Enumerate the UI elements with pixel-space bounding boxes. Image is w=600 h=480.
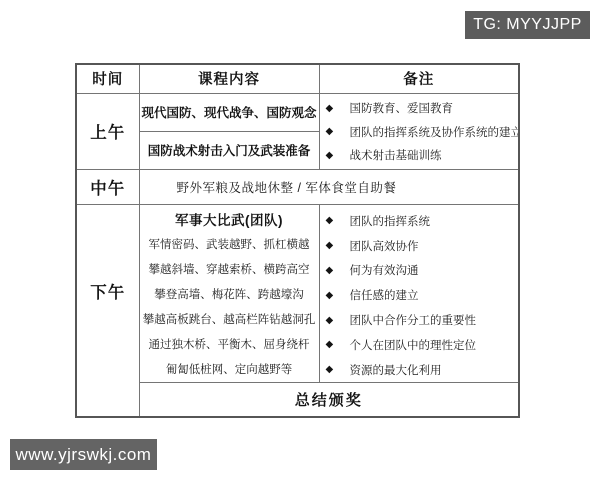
noon-row: 中午 野外军粮及战地休整 / 军体食堂自助餐: [76, 169, 519, 204]
diamond-bullet-icon: ◆: [326, 364, 337, 375]
note-text: 个人在团队中的理性定位: [350, 337, 477, 353]
note-item: ◆ 何为有效沟通: [320, 258, 519, 283]
morning-row-1: 上午 现代国防、现代战争、国防观念 ◆ 国防教育、爱国教育 ◆ 团队的指挥系统及…: [76, 93, 519, 131]
schedule-table: 时间 课程内容 备注 上午 现代国防、现代战争、国防观念 ◆ 国防教育、爱国教育…: [75, 63, 520, 418]
note-item: ◆ 资源的最大化利用: [320, 357, 519, 382]
afternoon-activity: 攀越高板跳台、越高栏阵钻越洞孔: [140, 307, 319, 332]
diamond-bullet-icon: ◆: [326, 315, 337, 326]
time-cell-afternoon: 下午: [76, 204, 139, 417]
note-item: ◆ 个人在团队中的理性定位: [320, 332, 519, 357]
note-item: ◆ 信任感的建立: [320, 283, 519, 308]
afternoon-activity: 匍匐低桩网、定向越野等: [140, 357, 319, 382]
afternoon-activity: 攀越斜墙、穿越索桥、横跨高空: [140, 257, 319, 282]
note-item: ◆ 战术射击基础训练: [320, 144, 519, 168]
notes-cell-afternoon: ◆ 团队的指挥系统 ◆ 团队高效协作 ◆ 何为有效沟通 ◆ 信任感的建立: [319, 204, 519, 383]
time-cell-morning: 上午: [76, 93, 139, 169]
note-text: 国防教育、爱国教育: [350, 100, 454, 116]
website-badge: www.yjrswkj.com: [10, 439, 157, 470]
diamond-bullet-icon: ◆: [326, 150, 337, 161]
note-text: 资源的最大化利用: [350, 362, 442, 378]
afternoon-activity: 军情密码、武装越野、抓杠横越: [140, 232, 319, 257]
note-text: 团队高效协作: [350, 238, 419, 254]
noon-content-cell: 野外军粮及战地休整 / 军体食堂自助餐: [139, 169, 519, 204]
closing-row: 总结颁奖: [76, 383, 519, 417]
page: TG: MYYJJPP 时间 课程内容 备注 上午 现代国防、现代战争、国防观念…: [0, 0, 600, 480]
note-item: ◆ 团队中合作分工的重要性: [320, 308, 519, 333]
afternoon-course-title: 军事大比武(团队): [140, 207, 319, 232]
note-text: 信任感的建立: [350, 287, 419, 303]
morning-course-1: 现代国防、现代战争、国防观念: [139, 93, 319, 131]
diamond-bullet-icon: ◆: [326, 215, 337, 226]
afternoon-course-cell: 军事大比武(团队) 军情密码、武装越野、抓杠横越 攀越斜墙、穿越索桥、横跨高空 …: [139, 204, 319, 383]
afternoon-activity: 攀登高墙、梅花阵、跨越壕沟: [140, 282, 319, 307]
header-cell-time: 时间: [76, 64, 139, 93]
header-row: 时间 课程内容 备注: [76, 64, 519, 93]
diamond-bullet-icon: ◆: [326, 240, 337, 251]
diamond-bullet-icon: ◆: [326, 290, 337, 301]
note-item: ◆ 国防教育、爱国教育: [320, 97, 519, 121]
diamond-bullet-icon: ◆: [326, 103, 337, 114]
time-cell-noon: 中午: [76, 169, 139, 204]
afternoon-activity: 通过独木桥、平衡木、屈身绕杆: [140, 332, 319, 357]
afternoon-row: 下午 军事大比武(团队) 军情密码、武装越野、抓杠横越 攀越斜墙、穿越索桥、横跨…: [76, 204, 519, 383]
note-item: ◆ 团队高效协作: [320, 233, 519, 258]
note-text: 团队的指挥系统: [350, 213, 431, 229]
header-cell-content: 课程内容: [139, 64, 319, 93]
telegram-badge: TG: MYYJJPP: [465, 11, 590, 39]
note-item: ◆ 团队的指挥系统: [320, 209, 519, 234]
header-cell-notes: 备注: [319, 64, 519, 93]
note-text: 战术射击基础训练: [350, 147, 442, 163]
note-text: 团队中合作分工的重要性: [350, 312, 477, 328]
note-text: 何为有效沟通: [350, 262, 419, 278]
notes-cell-morning: ◆ 国防教育、爱国教育 ◆ 团队的指挥系统及协作系统的建立 ◆ 战术射击基础训练: [319, 93, 519, 169]
diamond-bullet-icon: ◆: [326, 126, 337, 137]
morning-course-2: 国防战术射击入门及武装准备: [139, 131, 319, 169]
note-item: ◆ 团队的指挥系统及协作系统的建立: [320, 120, 519, 144]
diamond-bullet-icon: ◆: [326, 265, 337, 276]
note-text: 团队的指挥系统及协作系统的建立: [350, 124, 520, 140]
closing-cell: 总结颁奖: [139, 383, 519, 417]
diamond-bullet-icon: ◆: [326, 339, 337, 350]
